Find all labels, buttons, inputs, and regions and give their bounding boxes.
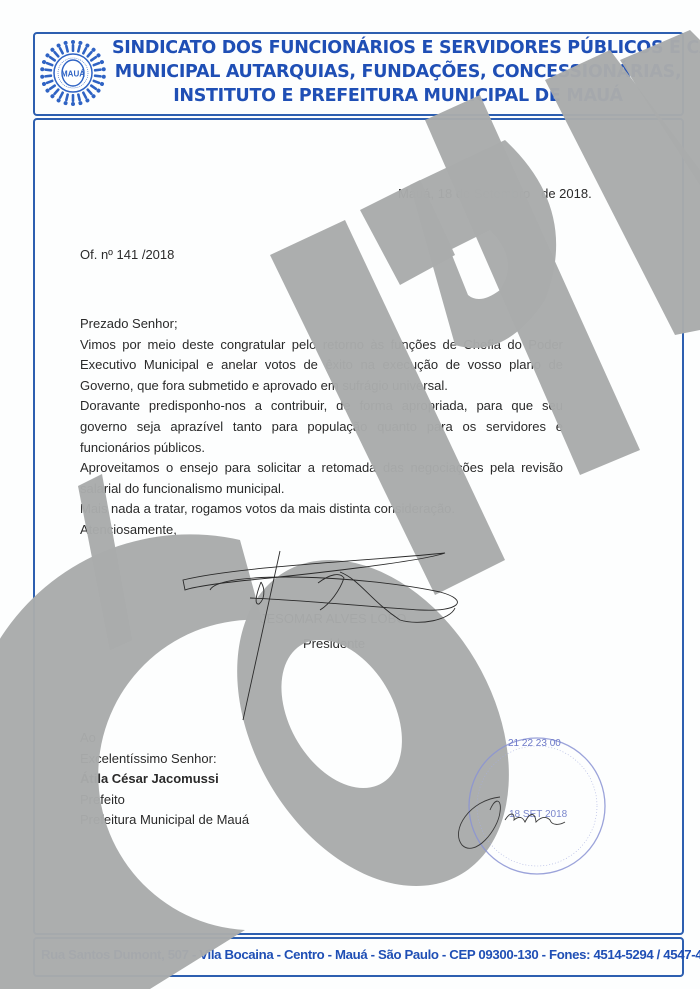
letter-body: Prezado Senhor; Vimos por meio deste con… [80,314,563,541]
letterhead-title: SINDICATO DOS FUNCIONÁRIOS E SERVIDORES … [112,36,684,108]
footer-address: Rua Santos Dumont, 507 - Vila Bocaina - … [41,947,681,962]
signatory-name: JESOMAR ALVES LOBO [260,611,406,626]
title-line-3: INSTITUTO E PREFEITURA MUNICIPAL DE MAUÁ [112,84,684,108]
paragraph-4: Mais nada a tratar, rogamos votos da mai… [80,499,563,520]
addressee-name: Átila César Jacomussi [80,769,249,790]
title-line-1: SINDICATO DOS FUNCIONÁRIOS E SERVIDORES … [112,36,684,60]
addressee-title: Prefeito [80,790,249,811]
signatory-role: Presidente [303,636,365,651]
closing: Atenciosamente, [80,520,563,541]
paragraph-3: Aproveitamos o ensejo para solicitar a r… [80,458,563,499]
salutation: Prezado Senhor; [80,314,563,335]
letter-date: Mauá, 18 de Setembro de 2018. [398,186,592,201]
addressee-line-2: Excelentíssimo Senhor: [80,749,249,770]
svg-text:MAUÁ: MAUÁ [61,70,85,79]
addressee-block: Ao Excelentíssimo Senhor: Átila César Ja… [80,728,249,831]
addressee-organization: Prefeitura Municipal de Mauá [80,810,249,831]
union-logo-icon: MAUÁ [38,38,108,108]
title-line-2: MUNICIPAL AUTARQUIAS, FUNDAÇÕES, CONCESS… [112,60,684,84]
addressee-line-1: Ao [80,728,249,749]
paragraph-1: Vimos por meio deste congratular pelo re… [80,335,563,397]
paragraph-2: Doravante predisponho-nos a contribuir, … [80,396,563,458]
office-reference: Of. nº 141 /2018 [80,247,174,262]
